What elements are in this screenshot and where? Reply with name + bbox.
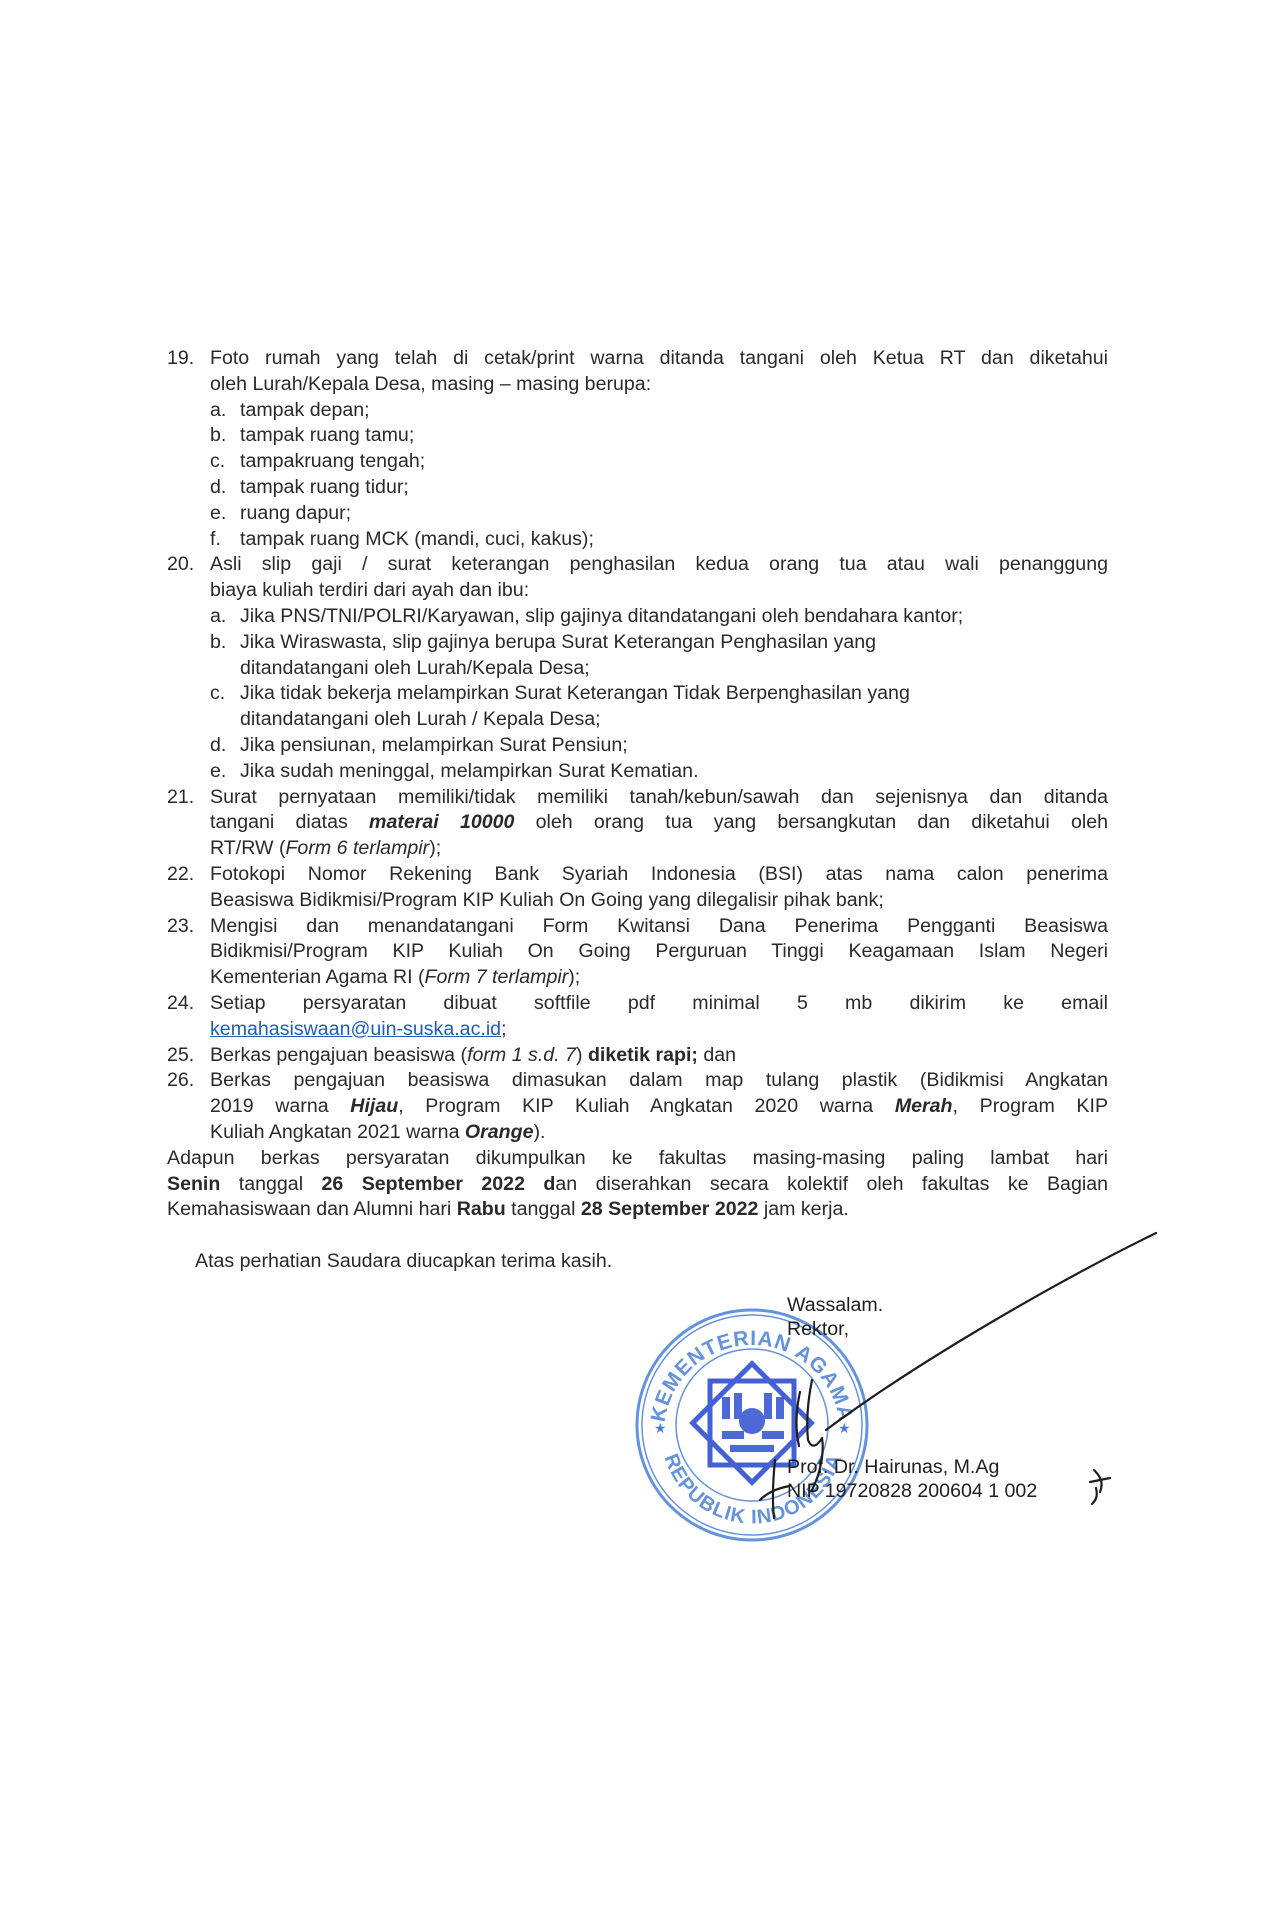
text-run: ) <box>576 1044 588 1066</box>
list-item-26: 26.Berkas pengajuan beasiswa dimasukan d… <box>167 1068 1108 1094</box>
item-text-continued: Beasiswa Bidikmisi/Program KIP Kuliah On… <box>167 888 1108 914</box>
list-item-20: 20.Asli slip gaji / surat keterangan pen… <box>167 552 1108 578</box>
signatory-name: Prof. Dr. Hairunas, M.Ag <box>787 1455 999 1479</box>
text-run: Kuliah Angkatan 2021 warna <box>210 1121 465 1143</box>
text-run: an diserahkan secara kolektif oleh fakul… <box>555 1173 1108 1195</box>
sub-text: Jika PNS/TNI/POLRI/Karyawan, slip gajiny… <box>240 605 963 627</box>
item-number: 23. <box>167 914 210 940</box>
item-text: Berkas pengajuan beasiswa dimasukan dala… <box>210 1069 1108 1091</box>
sub-key: c. <box>210 681 240 707</box>
sub-key: e. <box>210 501 240 527</box>
text-run: ; <box>501 1018 506 1040</box>
form-reference: form 1 s.d. 7 <box>467 1044 576 1066</box>
document-page: 19.Foto rumah yang telah di cetak/print … <box>0 0 1263 1908</box>
list-item-21: 21.Surat pernyataan memiliki/tidak memil… <box>167 785 1108 811</box>
item-text: Fotokopi Nomor Rekening Bank Syariah Ind… <box>210 863 1108 885</box>
sub-item: c.tampakruang tengah; <box>167 449 1108 475</box>
text-run: , Program KIP Kuliah Angkatan 2020 warna <box>398 1095 895 1117</box>
color-orange: Orange <box>465 1121 534 1143</box>
list-item-23: 23.Mengisi dan menandatangani Form Kwita… <box>167 914 1108 940</box>
email-link[interactable]: kemahasiswaan@uin-suska.ac.id <box>210 1018 501 1040</box>
sub-text: Jika tidak bekerja melampirkan Surat Ket… <box>240 682 910 704</box>
item-text: Foto rumah yang telah di cetak/print war… <box>210 347 1108 369</box>
sub-key: a. <box>210 398 240 424</box>
item-text: Surat pernyataan memiliki/tidak memiliki… <box>210 786 1108 808</box>
text-run: 2019 warna <box>210 1095 350 1117</box>
sub-item: c.Jika tidak bekerja melampirkan Surat K… <box>167 681 1108 707</box>
sub-item: d.Jika pensiunan, melampirkan Surat Pens… <box>167 733 1108 759</box>
form-reference: Form 7 terlampir <box>425 966 569 988</box>
item-text-continued: RT/RW (Form 6 terlampir); <box>167 836 1108 862</box>
sub-text: tampakruang tengah; <box>240 450 425 472</box>
item-text-continued: Kementerian Agama RI (Form 7 terlampir); <box>167 965 1108 991</box>
materai-emphasis: materai 10000 <box>369 811 514 833</box>
closing-greeting: Wassalam. <box>787 1293 883 1317</box>
sub-key: f. <box>210 527 240 553</box>
text-run: , Program KIP <box>953 1095 1108 1117</box>
text-run: ); <box>568 966 580 988</box>
item-text-continued: biaya kuliah terdiri dari ayah dan ibu: <box>167 578 1108 604</box>
item-number: 26. <box>167 1068 210 1094</box>
official-stamp-icon: KEMENTERIAN AGAMA REPUBLIK INDONESIA ★ ★ <box>632 1305 872 1545</box>
text-run: ); <box>429 837 441 859</box>
color-hijau: Hijau <box>350 1095 398 1117</box>
svg-text:★: ★ <box>838 1421 851 1437</box>
spacer <box>167 1223 1108 1249</box>
list-item-22: 22.Fotokopi Nomor Rekening Bank Syariah … <box>167 862 1108 888</box>
sub-text-continued: ditandatangani oleh Lurah/Kepala Desa; <box>167 656 1108 682</box>
sub-text: tampak ruang MCK (mandi, cuci, kakus); <box>240 528 594 550</box>
signatory-title: Rektor, <box>787 1317 849 1341</box>
text-run: tanggal <box>506 1198 581 1220</box>
text-run: oleh orang tua yang bersangkutan dan dik… <box>514 811 1108 833</box>
text-run: tanggal <box>220 1173 321 1195</box>
text-run: Berkas pengajuan beasiswa ( <box>210 1044 467 1066</box>
sub-item: e.ruang dapur; <box>167 501 1108 527</box>
sub-text-continued: ditandatangani oleh Lurah / Kepala Desa; <box>167 707 1108 733</box>
item-number: 25. <box>167 1043 210 1069</box>
list-item-25: 25.Berkas pengajuan beasiswa (form 1 s.d… <box>167 1043 1108 1069</box>
bold-emphasis: diketik rapi; <box>588 1044 698 1066</box>
closing-paragraph-line: Kemahasiswaan dan Alumni hari Rabu tangg… <box>167 1197 1108 1223</box>
item-number: 20. <box>167 552 210 578</box>
closing-paragraph-line: Adapun berkas persyaratan dikumpulkan ke… <box>167 1146 1108 1172</box>
item-text-continued: Bidikmisi/Program KIP Kuliah On Going Pe… <box>167 939 1108 965</box>
text-run: dan <box>698 1044 736 1066</box>
text-run: tangani diatas <box>210 811 369 833</box>
day-rabu: Rabu <box>457 1198 506 1220</box>
color-merah: Merah <box>895 1095 953 1117</box>
text-run: ). <box>534 1121 546 1143</box>
sub-key: b. <box>210 423 240 449</box>
form-reference: Form 6 terlampir <box>285 837 429 859</box>
text-run: Kementerian Agama RI ( <box>210 966 425 988</box>
closing-paragraph-line: Senin tanggal 26 September 2022 dan dise… <box>167 1172 1108 1198</box>
sub-item: b.Jika Wiraswasta, slip gajinya berupa S… <box>167 630 1108 656</box>
sub-key: a. <box>210 604 240 630</box>
thanks-line: Atas perhatian Saudara diucapkan terima … <box>167 1249 1108 1275</box>
item-text-continued: Kuliah Angkatan 2021 warna Orange). <box>167 1120 1108 1146</box>
sub-item: a.Jika PNS/TNI/POLRI/Karyawan, slip gaji… <box>167 604 1108 630</box>
item-text: Asli slip gaji / surat keterangan pengha… <box>210 553 1108 575</box>
sub-text: Jika pensiunan, melampirkan Surat Pensiu… <box>240 734 628 756</box>
text-run: Kemahasiswaan dan Alumni hari <box>167 1198 457 1220</box>
svg-text:★: ★ <box>654 1421 667 1437</box>
item-text: Setiap persyaratan dibuat softfile pdf m… <box>210 992 1108 1014</box>
sub-text: Jika Wiraswasta, slip gajinya berupa Sur… <box>240 631 876 653</box>
sub-key: c. <box>210 449 240 475</box>
item-text-continued: oleh Lurah/Kepala Desa, masing – masing … <box>167 372 1108 398</box>
signatory-nip: NIP 19720828 200604 1 002 <box>787 1479 1037 1503</box>
sub-text: Jika sudah meninggal, melampirkan Surat … <box>240 760 699 782</box>
sub-item: e.Jika sudah meninggal, melampirkan Sura… <box>167 759 1108 785</box>
list-item-19: 19.Foto rumah yang telah di cetak/print … <box>167 346 1108 372</box>
sub-item: b.tampak ruang tamu; <box>167 423 1108 449</box>
sub-key: d. <box>210 733 240 759</box>
sub-text: tampak ruang tamu; <box>240 424 414 446</box>
list-item-24: 24.Setiap persyaratan dibuat softfile pd… <box>167 991 1108 1017</box>
item-number: 24. <box>167 991 210 1017</box>
item-text-continued: kemahasiswaan@uin-suska.ac.id; <box>167 1017 1108 1043</box>
item-text-continued: tangani diatas materai 10000 oleh orang … <box>167 810 1108 836</box>
date-26-september: 26 September 2022 d <box>321 1173 555 1195</box>
sub-text: tampak depan; <box>240 399 370 421</box>
requirements-list: 19.Foto rumah yang telah di cetak/print … <box>167 346 1108 1275</box>
sub-item: a.tampak depan; <box>167 398 1108 424</box>
sub-item: d.tampak ruang tidur; <box>167 475 1108 501</box>
sub-key: e. <box>210 759 240 785</box>
item-number: 22. <box>167 862 210 888</box>
sub-key: d. <box>210 475 240 501</box>
text-run: jam kerja. <box>758 1198 848 1220</box>
text-run: RT/RW ( <box>210 837 285 859</box>
sub-key: b. <box>210 630 240 656</box>
item-text: Mengisi dan menandatangani Form Kwitansi… <box>210 915 1108 937</box>
sub-text: ruang dapur; <box>240 502 351 524</box>
date-28-september: 28 September 2022 <box>581 1198 759 1220</box>
item-number: 21. <box>167 785 210 811</box>
day-senin: Senin <box>167 1173 220 1195</box>
sub-item: f.tampak ruang MCK (mandi, cuci, kakus); <box>167 527 1108 553</box>
sub-text: tampak ruang tidur; <box>240 476 409 498</box>
item-number: 19. <box>167 346 210 372</box>
item-text-continued: 2019 warna Hijau, Program KIP Kuliah Ang… <box>167 1094 1108 1120</box>
